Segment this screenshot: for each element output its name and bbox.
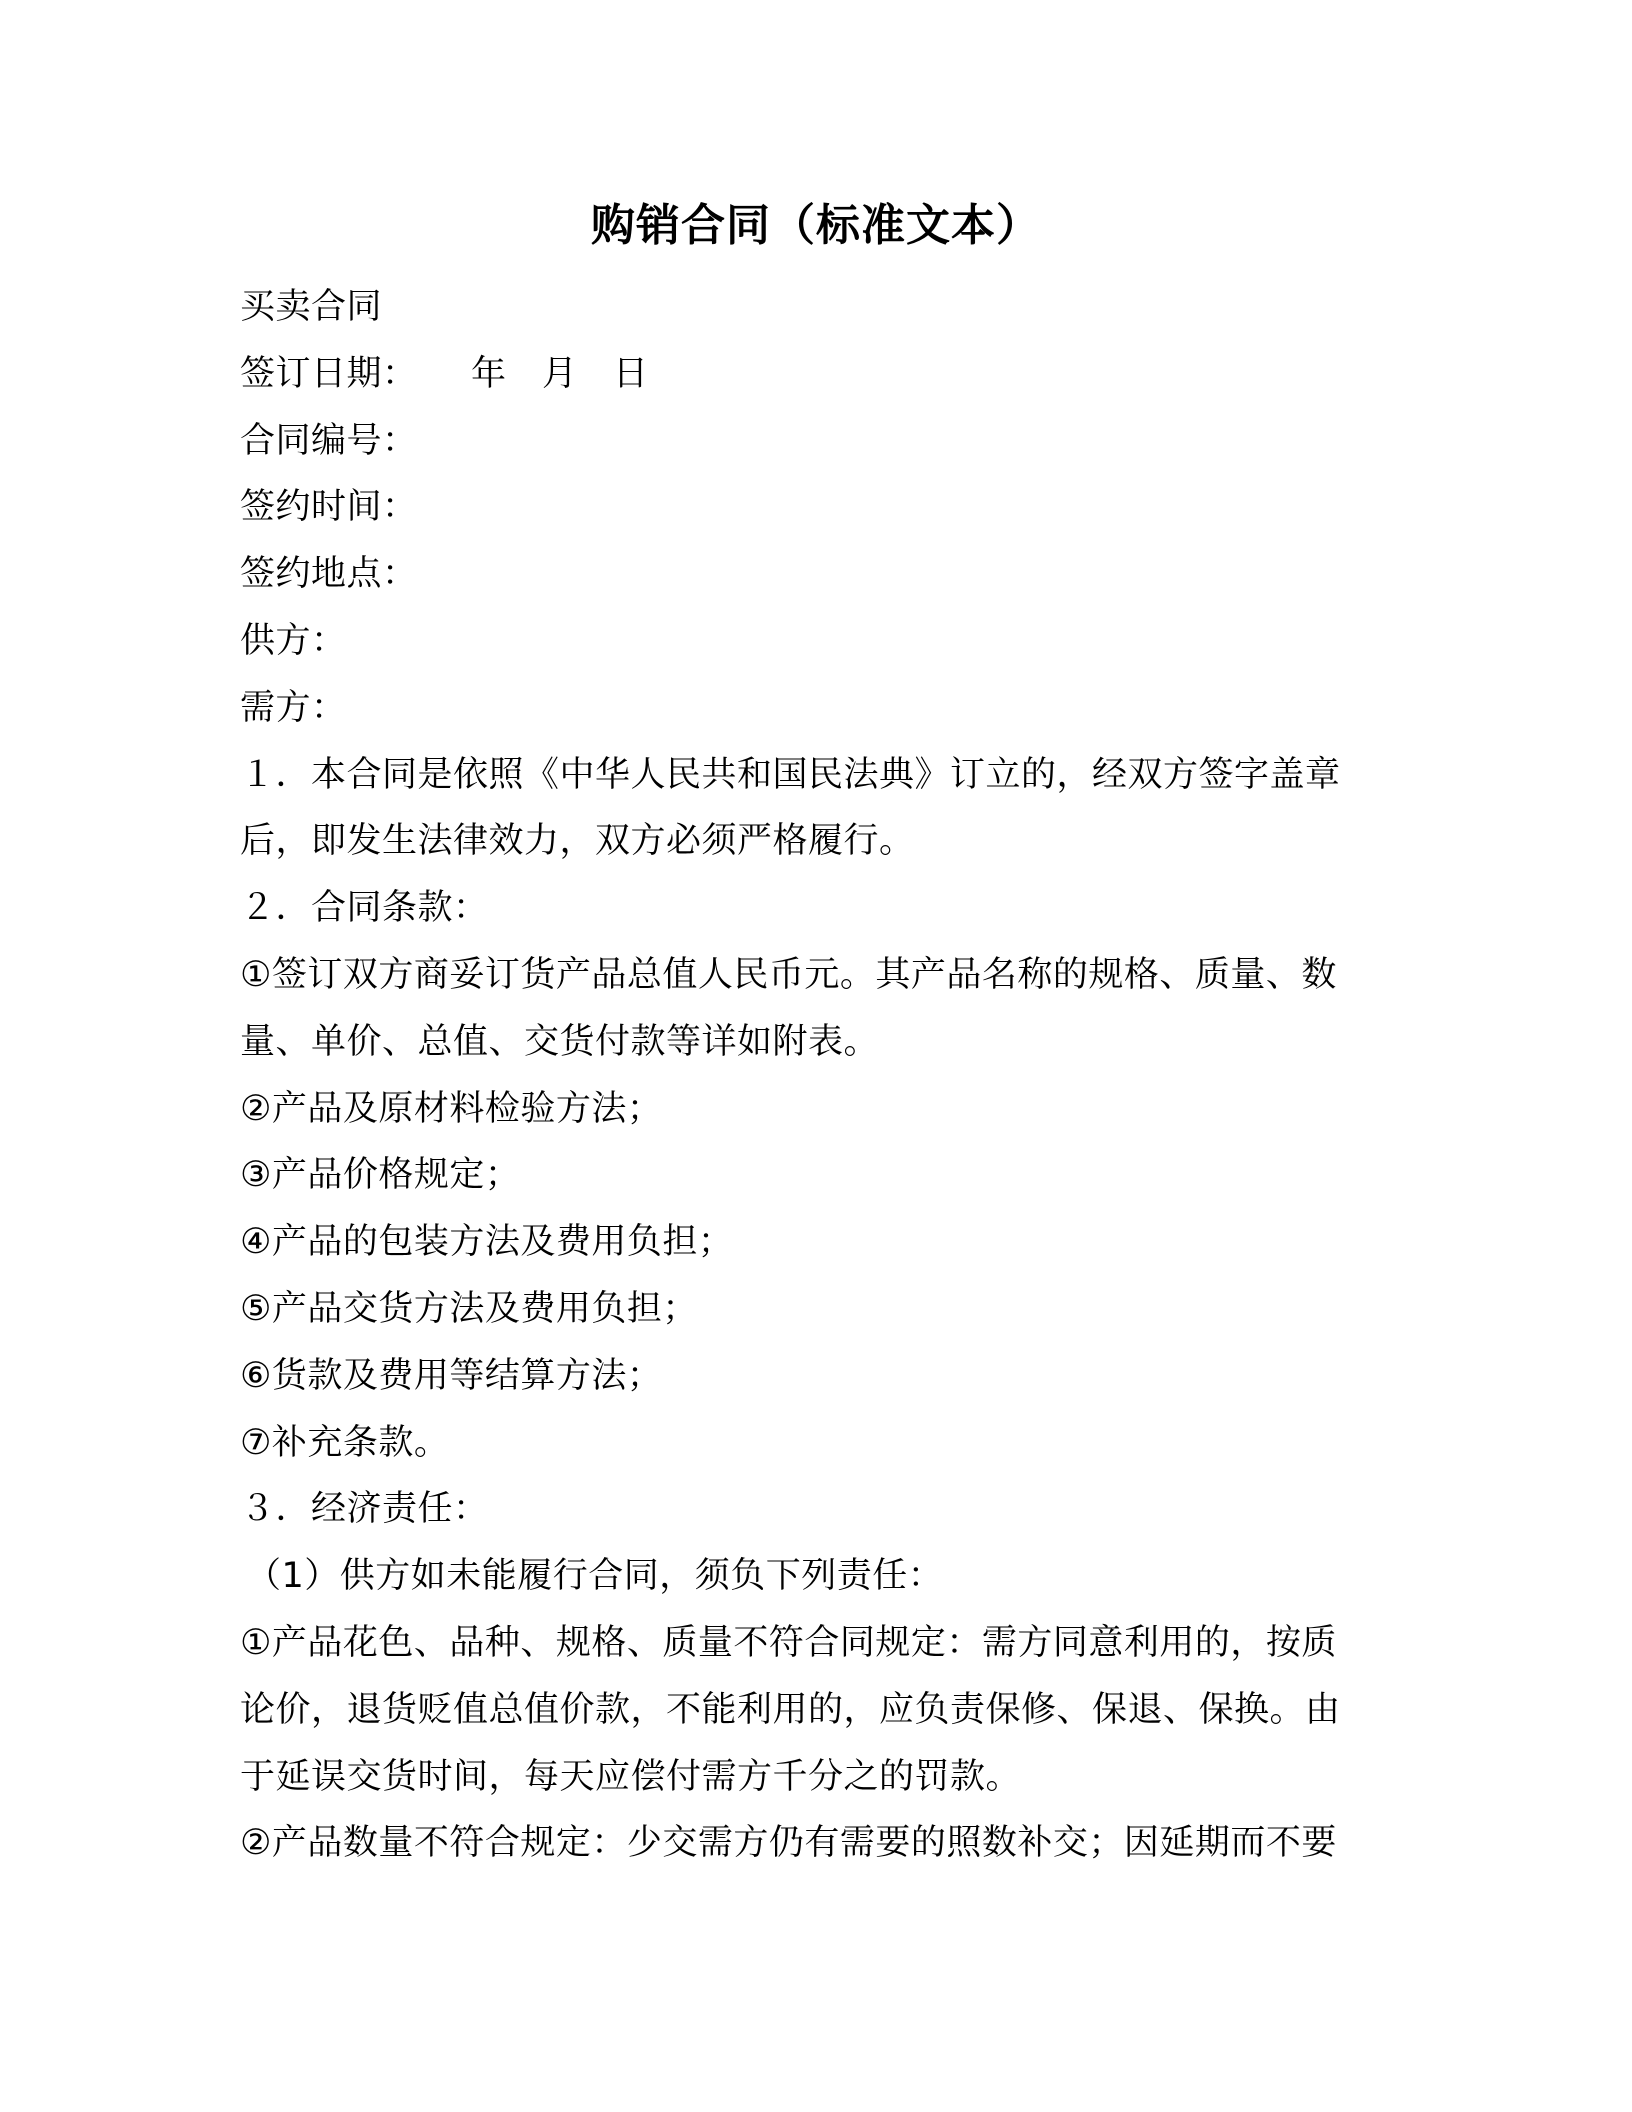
document-title: 购销合同（标准文本） bbox=[0, 196, 1632, 256]
clause-3-heading: ３．经济责任： bbox=[240, 1476, 1382, 1543]
clause-3-item-1-line-3: 于延误交货时间，每天应偿付需方千分之的罚款。 bbox=[240, 1744, 1382, 1811]
clause-2-heading: ２．合同条款： bbox=[240, 875, 1382, 942]
clause-3-item-2-line-1: ②产品数量不符合规定：少交需方仍有需要的照数补交；因延期而不要 bbox=[240, 1810, 1382, 1877]
signing-date-field: 签订日期： 年 月 日 bbox=[240, 341, 1382, 408]
contract-type: 买卖合同 bbox=[240, 274, 1382, 341]
buyer-field: 需方： bbox=[240, 675, 1382, 742]
clause-3-sub-1-heading: （1）供方如未能履行合同，须负下列责任： bbox=[240, 1543, 1382, 1610]
contract-number-field: 合同编号： bbox=[240, 408, 1382, 475]
clause-3-item-1-line-2: 论价，退货贬值总值价款，不能利用的，应负责保修、保退、保换。由 bbox=[240, 1677, 1382, 1744]
clause-2-item-5: ⑤产品交货方法及费用负担； bbox=[240, 1276, 1382, 1343]
clause-1-line-2: 后，即发生法律效力，双方必须严格履行。 bbox=[240, 808, 1382, 875]
clause-2-item-3: ③产品价格规定； bbox=[240, 1142, 1382, 1209]
clause-1-line-1: １．本合同是依照《中华人民共和国民法典》订立的，经双方签字盖章 bbox=[240, 742, 1382, 809]
clause-2-item-1-line-2: 量、单价、总值、交货付款等详如附表。 bbox=[240, 1009, 1382, 1076]
clause-2-item-6: ⑥货款及费用等结算方法； bbox=[240, 1343, 1382, 1410]
signing-time-field: 签约时间： bbox=[240, 474, 1382, 541]
clause-2-item-4: ④产品的包装方法及费用负担； bbox=[240, 1209, 1382, 1276]
clause-3-item-1-line-1: ①产品花色、品种、规格、质量不符合同规定：需方同意利用的，按质 bbox=[240, 1610, 1382, 1677]
signing-place-field: 签约地点： bbox=[240, 541, 1382, 608]
clause-2-item-2: ②产品及原材料检验方法； bbox=[240, 1076, 1382, 1143]
clause-2-item-1-line-1: ①签订双方商妥订货产品总值人民币元。其产品名称的规格、质量、数 bbox=[240, 942, 1382, 1009]
document-body: 买卖合同 签订日期： 年 月 日 合同编号： 签约时间： 签约地点： 供方： 需… bbox=[240, 274, 1382, 1877]
clause-2-item-7: ⑦补充条款。 bbox=[240, 1410, 1382, 1477]
supplier-field: 供方： bbox=[240, 608, 1382, 675]
